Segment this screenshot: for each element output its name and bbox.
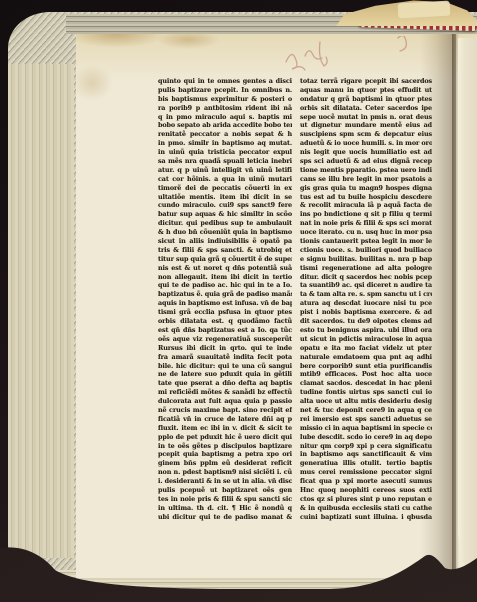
text-line: qui te de padiso ac. hic qui in te a Io.	[158, 281, 292, 290]
book-page: quinto qui in te omnes gentes a discipul…	[76, 34, 477, 578]
text-line: clamat sacdos. descedat in hac pleni	[300, 379, 432, 388]
text-line: tionis cantauerit pstea legit in mor le	[300, 237, 432, 246]
text-line: fra amarã suauitatẽ indita fecit pota	[158, 353, 292, 362]
text-line: cundo miraculo. cui9 sps sanct9 fere	[158, 201, 292, 210]
text-line: pist i nobis baptisma exercere. & ad	[300, 308, 432, 317]
text-line: batur sup aquas & hic similtr in scõo	[158, 210, 292, 219]
text-line: sps sci aduetũ & ad eius dignã recep	[300, 157, 432, 166]
text-line: est qñ dñs baptizatus est a Io. qa tũc	[158, 326, 292, 335]
text-line: q in pmo miraculo aqui s. baptis mi	[158, 113, 292, 122]
text-line: renitatẽ peccator a nobis sepat & h	[158, 130, 292, 139]
text-line: bere corporib9 sunt etia purificandis	[300, 362, 432, 371]
text-line: titur sup quia grã q cõuertit ẽ de super	[158, 255, 292, 264]
text-line: nat in noie pris & filii & sps sci morat	[300, 219, 432, 228]
text-line: tismi grã ecclia psfusa in qtuor ptes	[158, 308, 292, 317]
book-photograph: quinto qui in te omnes gentes a discipul…	[0, 0, 477, 602]
text-line: timorẽ dei de peccatis cõuerti in ex	[158, 184, 292, 193]
text-line: in uinũ quia tristicia peccator expul	[158, 148, 292, 157]
text-line: Rursus ibi dicit in qrto. qui te inde	[158, 344, 292, 353]
text-line: aduetũ & io uoce humili. s. in mor oro	[300, 139, 432, 148]
text-line: mi reficiẽdi mõtes & sanãdi bz effectũ	[158, 388, 292, 397]
text-line: missio ci in aqua baptismi in specie co	[300, 424, 432, 433]
text-line: atur. q p uinũ intelligit vñ uinũ letifi	[158, 166, 292, 175]
text-line: gis gras quia tu magn9 hospes digna	[300, 184, 432, 193]
text-line: fluxit. item ec ibi in v. dicit & sicit …	[158, 424, 292, 433]
text-line: orbis sit dilatata. Ceter sacerdos ipe	[300, 104, 432, 113]
text-line: tione mentis pparatio. pstea uero indi	[300, 166, 432, 175]
parchment-cover-flap	[398, 1, 451, 19]
text-line: ctos qz si plures sint p uno reputan e	[300, 495, 432, 504]
text-line: & recolit miracula iã p aquã facta de	[300, 201, 432, 210]
fore-edge-page-stack	[8, 64, 74, 558]
text-line: ins po bndictione q sit p filiu q termi	[300, 210, 432, 219]
text-line: lube descdit. scdo io cere9 in aq depo	[300, 433, 432, 442]
facing-page-edge	[458, 38, 477, 578]
text-line: i. desideranti & in se ut in alia. vñ di…	[158, 477, 292, 486]
text-line: net & tuc deponit cere9 in aqua q ce	[300, 406, 432, 415]
text-line: dit sacerdos. tu de9 oipotes clems ad	[300, 317, 432, 326]
text-line: ne de latere suo pduxit quia in gẽtili	[158, 370, 292, 379]
text-line: tris & filii & sps sancti. & utrobiq et	[158, 246, 292, 255]
text-line: aquis in baptismo est infusa. vñ de bap	[158, 299, 292, 308]
text-line: opatu e ita mo faciat videlz ut pter	[300, 344, 432, 353]
text-line: ubi dicitur qui te de padiso manat &	[158, 513, 292, 522]
text-line: cans se illu bre legit in mor psatois a	[300, 175, 432, 184]
text-line: pplo de pet pduxit hic ẽ uero dicit qui	[158, 433, 292, 442]
text-line: tes in noie pris & filii & spu sancti si…	[158, 495, 292, 504]
text-line: ut sicut in pdictis miraculose in aqua	[300, 335, 432, 344]
text-line: & h duo bñ cõueniũt quia in baptismo	[158, 228, 292, 237]
text-line: bile. hic dicitur: qui te una cũ sangui	[158, 362, 292, 371]
text-line: bis baptismus exprimitur & posteri o	[158, 95, 292, 104]
text-line: pulis baptizare pcepit. In omnibus n.	[158, 86, 292, 95]
text-line: tudine fontis uirtus sps sancti cui io	[300, 388, 432, 397]
text-line: in te oẽs gẽtes p discipulos baptizare	[158, 442, 292, 451]
text-line: uoce iterato. cu n. usq huc in mor psa	[300, 228, 432, 237]
text-line: aquas manu in qtuor ptes effudit ut	[300, 86, 432, 95]
text-line: ficat qua p xpi morte asecuti sumus	[300, 477, 432, 486]
text-line: ta & tam alta re. s. spm sanctu ut i cre	[300, 290, 432, 299]
text-line: Hnc quoq neophiti cereos suos exti	[300, 486, 432, 495]
text-line: tus est ad tu buile hospiciu descdere	[300, 193, 432, 202]
handwritten-annotation	[278, 36, 418, 82]
text-line: atura aq descdat iuocare nisi tu pce	[300, 299, 432, 308]
text-line: non allegauit. item ibi dicit in tertio	[158, 273, 292, 282]
text-line: ra porib9 p antbitosim rident ibi nã	[158, 104, 292, 113]
text-line: non n. pdest baptism9 nisi siciẽti i. cũ	[158, 468, 292, 477]
text-line: ondatur q grã baptismi in qtuor ptes	[300, 95, 432, 104]
text-line: sicut in aliis indiuisibilis ẽ opatõ pa	[158, 237, 292, 246]
text-line: nẽ crucis maxime bapt. sino recipit ef	[158, 406, 292, 415]
text-line: tismi regeneratione ad alta pologre	[300, 264, 432, 273]
text-line: ctionis uoce. s. builiori quod builiaco	[300, 246, 432, 255]
text-line: ditur. dicit q sacerdos hec nobis pcep	[300, 273, 432, 282]
text-line: ta suantib9 ac. qsi diceret n audire ta	[300, 281, 432, 290]
text-line: quinto qui in te omnes gentes a disci	[158, 77, 292, 86]
book-block: quinto qui in te omnes gentes a discipul…	[8, 12, 477, 592]
text-line: cat cor hõinis. a qua in uinũ mutari	[158, 175, 292, 184]
gutter-shadow	[420, 34, 456, 578]
text-line: nitur qm corp9 xpi p cera significatu	[300, 442, 432, 451]
text-line: alta uoce ut altu mtis desideriu desig	[300, 397, 432, 406]
text-line: mtib9 efficaces. Post hoc alta uoce	[300, 370, 432, 379]
text-line: e signu builitas. builitas n. nra p bap	[300, 255, 432, 264]
text-line: & in quibusda ecclesiis stati cu cathe	[300, 504, 432, 513]
text-line: ut dignetur mundare mentẽ eius ad	[300, 121, 432, 130]
text-line: naturale emdatoem qua pnt aq adhi	[300, 353, 432, 362]
text-line: ginem bñs pplm eũ desiderat reficit	[158, 459, 292, 468]
text-line: orbis dilatata est. q quodãmo factũ	[158, 317, 292, 326]
text-line: bobo sepato ab arida accedite bobo ter	[158, 121, 292, 130]
text-line: esto tu benignus aspira. ubi illud ora	[300, 326, 432, 335]
text-line: ficatiã vñ in cruce de latere dñi aq p	[158, 415, 292, 424]
text-line: dicitur. qui pedibus sup te ambulauit	[158, 219, 292, 228]
text-line: in pmo. similr in baptismo aq mutat.	[158, 139, 292, 148]
text-line: pulis pcepuẽ ut baptizaret oẽs gen	[158, 486, 292, 495]
text-line: oẽs aque viz regeneratiuã susceperũt	[158, 335, 292, 344]
text-line: baptizatus ẽ. quia grã de padiso manãs	[158, 290, 292, 299]
text-line: tate que pserat a dño defta aq baptis	[158, 379, 292, 388]
text-line: sepe uocẽ mutat in pmis n. orat deus	[300, 113, 432, 122]
text-line: ultatiõe mentis. item ibi dicit in se	[158, 193, 292, 202]
text-line: nis est & ut noret q dñs potentiã suã	[158, 264, 292, 273]
right-column: totaz terrã rigare pcepit ibi sacerdosaq…	[300, 77, 432, 523]
text-line: sa mẽs nra quadã spuali leticia inebri	[158, 157, 292, 166]
text-line: nis legit que uocis humiliatio est ad	[300, 148, 432, 157]
text-line: suscipiens spm scm & depcatur eius	[300, 130, 432, 139]
text-line: mus cerei remissione peccator signi	[300, 468, 432, 477]
text-line: cuini baptizati sunt illuina. i qbusda	[300, 513, 432, 522]
text-line: rei imersio est sps sancti aduetus se	[300, 415, 432, 424]
text-line: in baptismo aqs sanctificauit & vim	[300, 450, 432, 459]
text-line: dulcorata aut fuit aqua quia p passio	[158, 397, 292, 406]
text-line: pcepit quia baptismg a petra xpo ori	[158, 450, 292, 459]
text-line: generatiua illis otulit. tertio baptis	[300, 459, 432, 468]
text-line: in ultima. th d. cit. ¶ Hic ẽ nondũ q	[158, 504, 292, 513]
left-column: quinto qui in te omnes gentes a discipul…	[158, 77, 292, 523]
